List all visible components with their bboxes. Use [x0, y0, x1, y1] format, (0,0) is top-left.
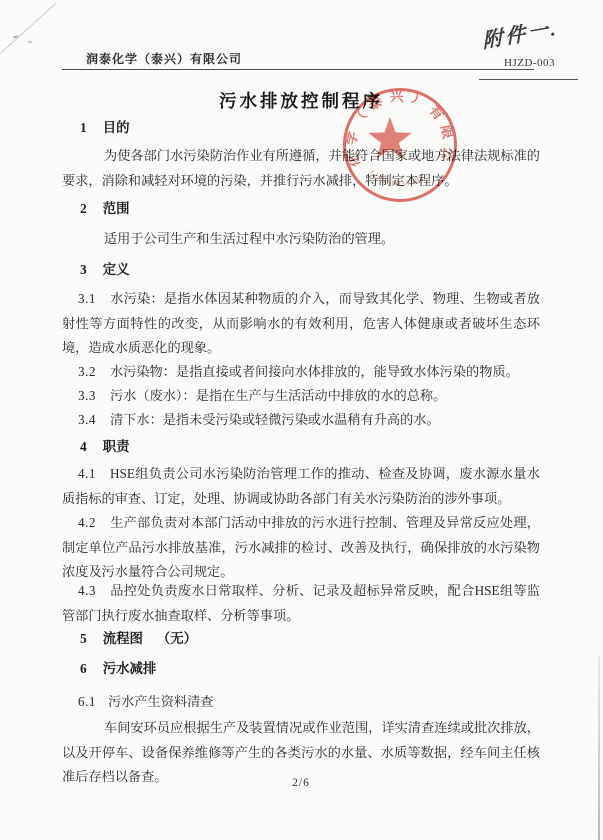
item-text: 水污染物：是指直接或者间接向水体排放的，能导致水体污染的物质。 [110, 364, 519, 379]
item-number: 3.1 [78, 291, 96, 306]
section-heading-responsibilities: 4职责 [62, 435, 558, 460]
definition-item-3-2: 3.2水污染物：是指直接或者间接向水体排放的，能导致水体污染的物质。 [62, 360, 540, 385]
item-number: 4.2 [78, 515, 96, 530]
svg-text:12830903359: 12830903359 [368, 168, 422, 188]
scan-artifact-right-edge [598, 656, 600, 840]
section-heading-reduction: 6污水减排 [62, 657, 558, 682]
document-number-rule [479, 79, 578, 80]
section-number: 2 [80, 201, 87, 216]
definition-item-3-1: 3.1水污染：是指水体因某种物质的介入，而导致其化学、物理、生物或者放射性等方面… [62, 287, 540, 361]
item-text: 污水（废水）：是指在生产与生活活动中排放的水的总称。 [110, 388, 446, 403]
item-number: 6.1 [78, 694, 96, 709]
item-text: 水污染：是指水体因某种物质的介入，而导致其化学、物理、生物或者放射性等方面特性的… [62, 291, 540, 355]
section-number: 4 [80, 439, 87, 454]
section-number: 3 [80, 262, 87, 277]
item-text: HSE组负责公司水污染防治管理工作的推动、检查及协调，废水源水量水质指标的审查、… [62, 466, 540, 506]
responsibility-item-4-3: 4.3品控处负责废水日常取样、分析、记录及超标异常反映，配合HSE组等监管部门执… [62, 579, 540, 628]
section-heading-flowchart: 5流程图（无） [62, 627, 558, 652]
scan-artifact-speck [28, 41, 32, 44]
section-number: 5 [80, 631, 87, 646]
section-title: 定义 [103, 262, 130, 277]
scope-paragraph: 适用于公司生产和生活过程中水污染防治的管理。 [62, 227, 540, 252]
section-title: 范围 [103, 201, 130, 216]
page-number: 2/6 [62, 777, 540, 789]
item-number: 4.3 [78, 583, 96, 598]
section-heading-definitions: 3定义 [62, 258, 558, 283]
section-title: 污水减排 [103, 661, 157, 676]
section-number: 6 [80, 661, 87, 676]
section-title: 目的 [103, 120, 130, 135]
item-number: 3.4 [78, 412, 96, 427]
subsection-heading-6-1: 6.1污水产生资料清查 [62, 690, 540, 715]
section-title: 职责 [103, 439, 130, 454]
item-text: 生产部负责对本部门活动中排放的污水进行控制、管理及异常反应处理，制定单位产品污水… [62, 515, 540, 579]
responsibility-item-4-2: 4.2生产部负责对本部门活动中排放的污水进行控制、管理及异常反应处理，制定单位产… [62, 511, 540, 585]
item-number: 3.2 [78, 364, 96, 379]
item-text: 品控处负责废水日常取样、分析、记录及超标异常反映，配合HSE组等监管部门执行废水… [62, 583, 540, 623]
svg-text:化学（泰兴）有限公: 化学（泰兴）有限公 [342, 89, 457, 170]
scanned-document-page: 附件一. 润泰化学（泰兴）有限公司 HJZD-003 污水排放控制程序 1目的 … [0, 0, 603, 840]
responsibility-item-4-1: 4.1HSE组负责公司水污染防治管理工作的推动、检查及协调，废水源水量水质指标的… [62, 462, 540, 511]
header-rule [62, 69, 534, 70]
section-number: 1 [80, 120, 87, 135]
purpose-paragraph: 为使各部门水污染防治作业有所遵循，并能符合国家或地方法律法规标准的要求，消除和减… [62, 144, 540, 193]
seal-star-icon [368, 117, 412, 159]
seal-serial-number: 12830903359 [368, 168, 422, 188]
section-heading-purpose: 1目的 [62, 116, 558, 141]
section-heading-scope: 2范围 [62, 197, 558, 222]
item-text: 污水产生资料清查 [108, 694, 214, 709]
item-text: 清下水：是指未受污染或轻微污染或水温稍有升高的水。 [110, 412, 440, 427]
scan-artifact-corner-line [0, 3, 57, 55]
section-title: 流程图 [103, 631, 143, 646]
document-number: HJZD-003 [504, 57, 555, 69]
item-number: 3.3 [78, 388, 96, 403]
item-number: 4.1 [78, 466, 96, 481]
document-title: 污水排放控制程序 [62, 88, 540, 113]
definition-item-3-3: 3.3污水（废水）：是指在生产与生活活动中排放的水的总称。 [62, 384, 540, 409]
definition-item-3-4: 3.4清下水：是指未受污染或轻微污染或水温稍有升高的水。 [62, 408, 540, 433]
company-name: 润泰化学（泰兴）有限公司 [86, 50, 242, 67]
handwritten-attachment-note: 附件一. [482, 11, 560, 53]
company-seal-stamp: 化学（泰兴）有限公 12830903359 [332, 77, 468, 213]
seal-arc-text: 化学（泰兴）有限公 [342, 89, 457, 170]
section-note: （无） [157, 631, 197, 646]
